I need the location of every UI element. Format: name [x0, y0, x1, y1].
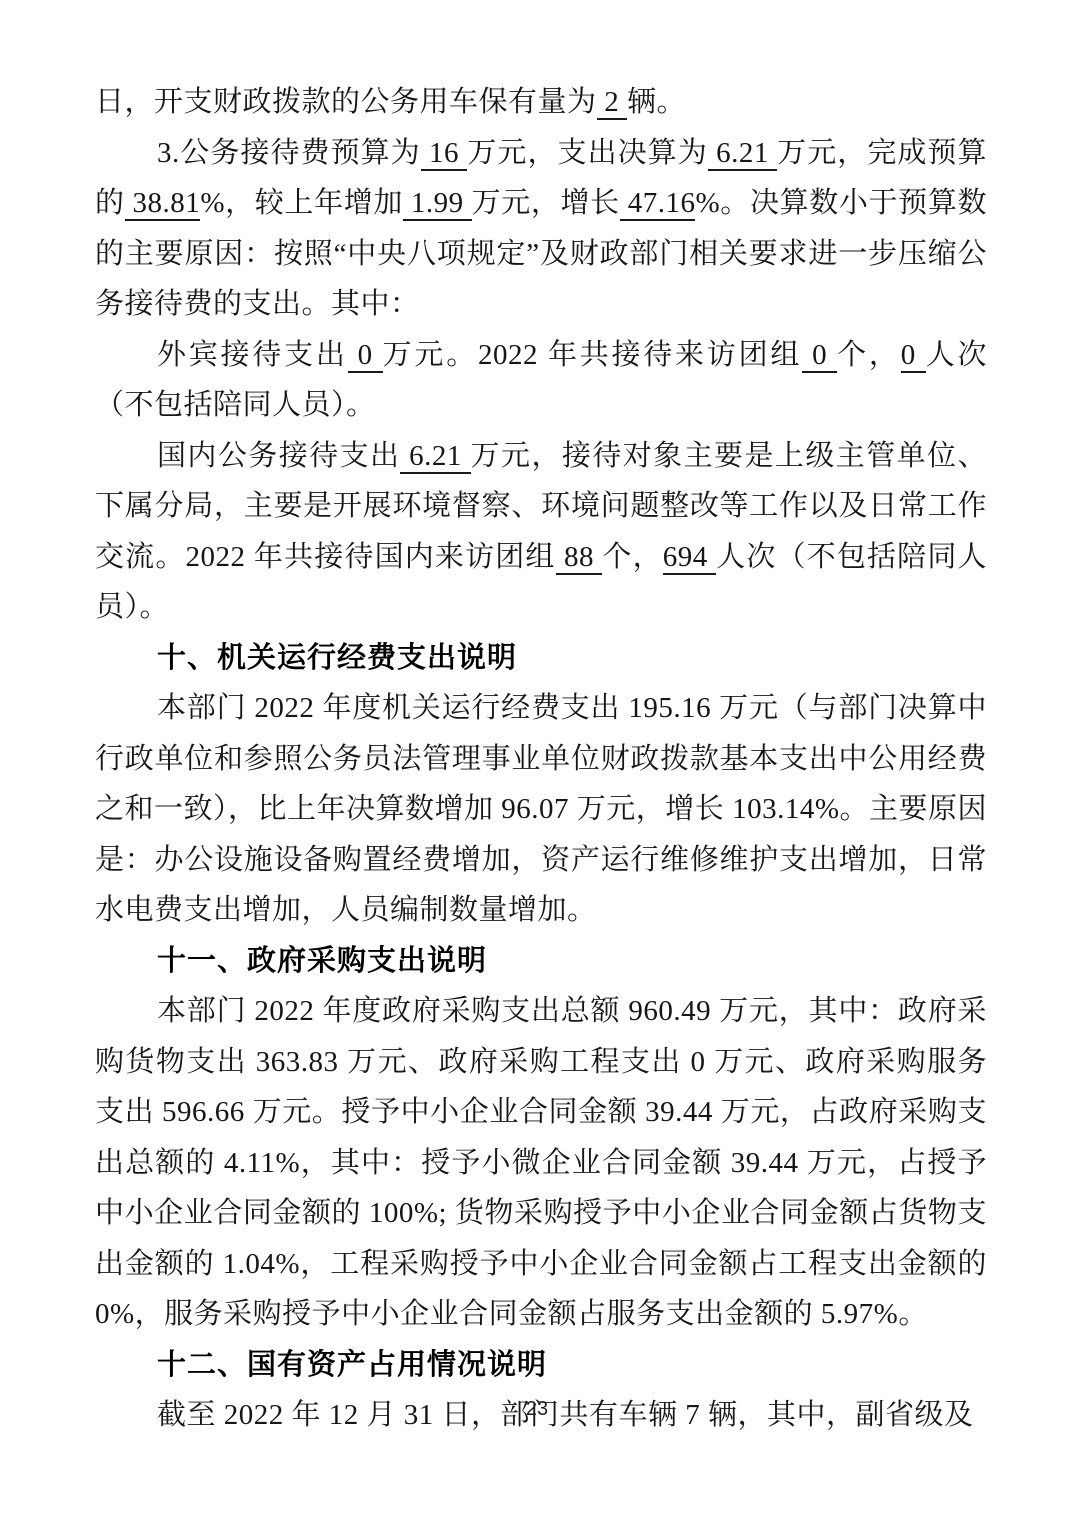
heading-section-12-state-assets: 十二、国有资产占用情况说明 [95, 1340, 987, 1391]
underlined-value: 16 [421, 137, 468, 171]
underlined-value: 38.81 [125, 187, 201, 221]
text-run: 万元，支出决算为 [467, 137, 707, 169]
text-run: 辆。 [627, 86, 686, 118]
underlined-value: 88 [556, 541, 603, 575]
underlined-value: 47.16 [620, 187, 696, 221]
paragraph-operating-expenses: 本部门 2022 年度机关运行经费支出 195.16 万元（与部门决算中行政单位… [95, 683, 987, 936]
underlined-value: 6.21 [708, 137, 777, 171]
text-run: 个， [602, 541, 662, 573]
page-number: 23 [0, 1398, 1074, 1421]
underlined-value: 6.21 [400, 440, 470, 474]
paragraph-government-procurement: 本部门 2022 年度政府采购支出总额 960.49 万元，其中：政府采购货物支… [95, 986, 987, 1340]
text-run: %，较上年增加 [200, 187, 403, 219]
underlined-value: 2 [597, 86, 628, 120]
underlined-value: 0 [901, 339, 926, 373]
text-run: 万元。2022 年共接待来访团组 [383, 339, 802, 371]
paragraph-foreign-reception: 外宾接待支出 0 万元。2022 年共接待来访团组 0 个，0 人次（不包括陪同… [95, 330, 987, 431]
underlined-value: 0 [348, 339, 383, 373]
text-run: 日，开支财政拨款的公务用车保有量为 [95, 86, 597, 118]
heading-section-10-operating-expenses: 十、机关运行经费支出说明 [95, 633, 987, 684]
text-run: 本部门 2022 年度政府采购支出总额 960.49 万元，其中：政府采购货物支… [95, 995, 987, 1330]
text-run: 国内公务接待支出 [157, 440, 400, 472]
text-run: 万元，增长 [472, 187, 620, 219]
heading-section-11-government-procurement: 十一、政府采购支出说明 [95, 936, 987, 987]
paragraph-domestic-reception: 国内公务接待支出 6.21 万元，接待对象主要是上级主管单位、下属分局，主要是开… [95, 431, 987, 633]
paragraph-reception-budget: 3.公务接待费预算为 16 万元，支出决算为 6.21 万元，完成预算的 38.… [95, 128, 987, 330]
text-run: 个， [837, 339, 901, 371]
underlined-value: 694 [663, 541, 716, 575]
paragraph-vehicle-continuation: 日，开支财政拨款的公务用车保有量为 2 辆。 [95, 77, 987, 128]
underlined-value: 0 [802, 339, 837, 373]
text-run: 本部门 2022 年度机关运行经费支出 195.16 万元（与部门决算中行政单位… [95, 692, 987, 926]
document-body: 日，开支财政拨款的公务用车保有量为 2 辆。 3.公务接待费预算为 16 万元，… [95, 77, 987, 1441]
text-run: 外宾接待支出 [157, 339, 348, 371]
text-run: 3.公务接待费预算为 [157, 137, 421, 169]
document-page: 日，开支财政拨款的公务用车保有量为 2 辆。 3.公务接待费预算为 16 万元，… [0, 0, 1074, 1520]
underlined-value: 1.99 [403, 187, 472, 221]
